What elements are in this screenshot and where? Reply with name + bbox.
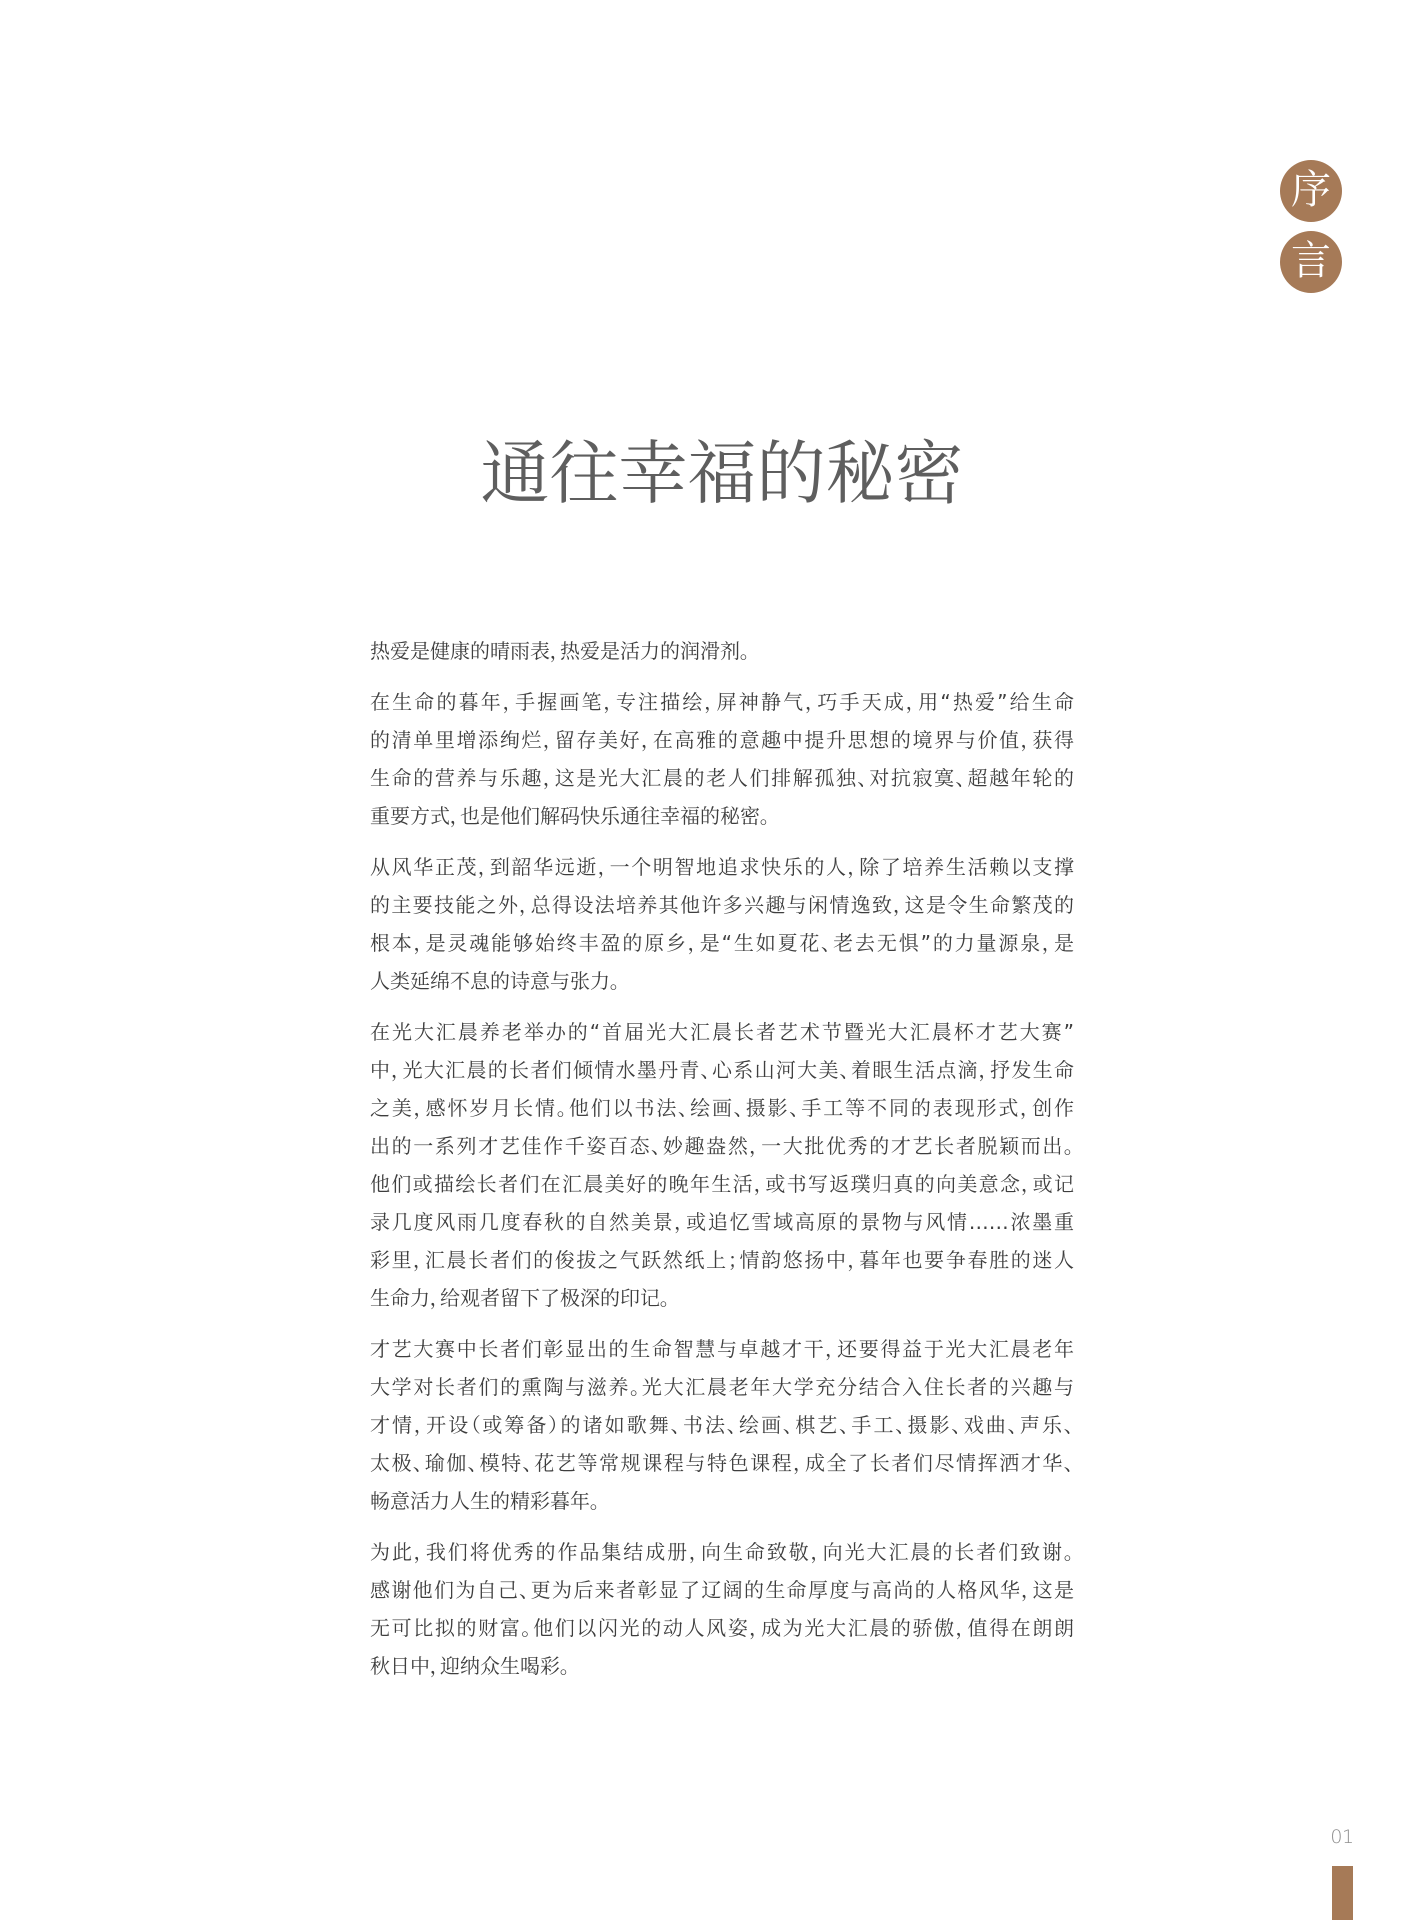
text-line: 人类延绵不息的诗意与张力。 (370, 962, 1074, 1000)
text-line: 的主要技能之外，总得设法培养其他许多兴趣与闲情逸致，这是令生命繁茂的 (370, 886, 1074, 924)
text-line: 彩里，汇晨长者们的俊拔之气跃然纸上；情韵悠扬中，暮年也要争春胜的迷人 (370, 1241, 1074, 1279)
body-text: 热爱是健康的晴雨表，热爱是活力的润滑剂。 在生命的暮年，手握画笔，专注描绘，屏神… (370, 632, 1074, 1698)
text-line: 感谢他们为自己、更为后来者彰显了辽阔的生命厚度与高尚的人格风华，这是 (370, 1571, 1074, 1609)
text-line: 重要方式，也是他们解码快乐通往幸福的秘密。 (370, 797, 1074, 835)
text-line: 才艺大赛中长者们彰显出的生命智慧与卓越才干，还要得益于光大汇晨老年 (370, 1330, 1074, 1368)
text-line: 的清单里增添绚烂，留存美好，在高雅的意趣中提升思想的境界与价值，获得 (370, 721, 1074, 759)
text-line: 生命力，给观者留下了极深的印记。 (370, 1279, 1074, 1317)
page-tab-bar (1332, 1866, 1353, 1920)
paragraph: 在生命的暮年，手握画笔，专注描绘，屏神静气，巧手天成，用“热爱”给生命 的清单里… (370, 683, 1074, 835)
text-line: 出的一系列才艺佳作千姿百态、妙趣盎然，一大批优秀的才艺长者脱颖而出。 (370, 1127, 1074, 1165)
text-line: 录几度风雨几度春秋的自然美景，或追忆雪域高原的景物与风情……浓墨重 (370, 1203, 1074, 1241)
text-line: 从风华正茂，到韶华远逝，一个明智地追求快乐的人，除了培养生活赖以支撑 (370, 848, 1074, 886)
text-line: 无可比拟的财富。他们以闪光的动人风姿，成为光大汇晨的骄傲，值得在朗朗 (370, 1609, 1074, 1647)
text-line: 大学对长者们的熏陶与滋养。光大汇晨老年大学充分结合入住长者的兴趣与 (370, 1368, 1074, 1406)
paragraph: 为此，我们将优秀的作品集结成册，向生命致敬，向光大汇晨的长者们致谢。 感谢他们为… (370, 1533, 1074, 1685)
text-line: 秋日中，迎纳众生喝彩。 (370, 1647, 1074, 1685)
text-line: 太极、瑜伽、模特、花艺等常规课程与特色课程，成全了长者们尽情挥洒才华、 (370, 1444, 1074, 1482)
paragraph: 从风华正茂，到韶华远逝，一个明智地追求快乐的人，除了培养生活赖以支撑 的主要技能… (370, 848, 1074, 1000)
paragraph: 热爱是健康的晴雨表，热爱是活力的润滑剂。 (370, 632, 1074, 670)
text-line: 他们或描绘长者们在汇晨美好的晚年生活，或书写返璞归真的向美意念，或记 (370, 1165, 1074, 1203)
section-badge-char-2: 言 (1280, 231, 1342, 293)
text-line: 生命的营养与乐趣，这是光大汇晨的老人们排解孤独、对抗寂寞、超越年轮的 (370, 759, 1074, 797)
page-number: 01 (1322, 1826, 1362, 1848)
paragraph: 才艺大赛中长者们彰显出的生命智慧与卓越才干，还要得益于光大汇晨老年 大学对长者们… (370, 1330, 1074, 1520)
text-line: 为此，我们将优秀的作品集结成册，向生命致敬，向光大汇晨的长者们致谢。 (370, 1533, 1074, 1571)
text-line: 在光大汇晨养老举办的“首届光大汇晨长者艺术节暨光大汇晨杯才艺大赛” (370, 1013, 1074, 1051)
text-line: 畅意活力人生的精彩暮年。 (370, 1482, 1074, 1520)
text-line: 热爱是健康的晴雨表，热爱是活力的润滑剂。 (370, 632, 1074, 670)
paragraph: 在光大汇晨养老举办的“首届光大汇晨长者艺术节暨光大汇晨杯才艺大赛” 中，光大汇晨… (370, 1013, 1074, 1317)
text-line: 之美，感怀岁月长情。他们以书法、绘画、摄影、手工等不同的表现形式，创作 (370, 1089, 1074, 1127)
text-line: 在生命的暮年，手握画笔，专注描绘，屏神静气，巧手天成，用“热爱”给生命 (370, 683, 1074, 721)
text-line: 根本，是灵魂能够始终丰盈的原乡，是“生如夏花、老去无惧”的力量源泉，是 (370, 924, 1074, 962)
section-badge-char-1: 序 (1280, 160, 1342, 222)
text-line: 才情，开设（或筹备）的诸如歌舞、书法、绘画、棋艺、手工、摄影、戏曲、声乐、 (370, 1406, 1074, 1444)
text-line: 中，光大汇晨的长者们倾情水墨丹青、心系山河大美、着眼生活点滴，抒发生命 (370, 1051, 1074, 1089)
page-title: 通往幸福的秘密 (370, 439, 1074, 509)
